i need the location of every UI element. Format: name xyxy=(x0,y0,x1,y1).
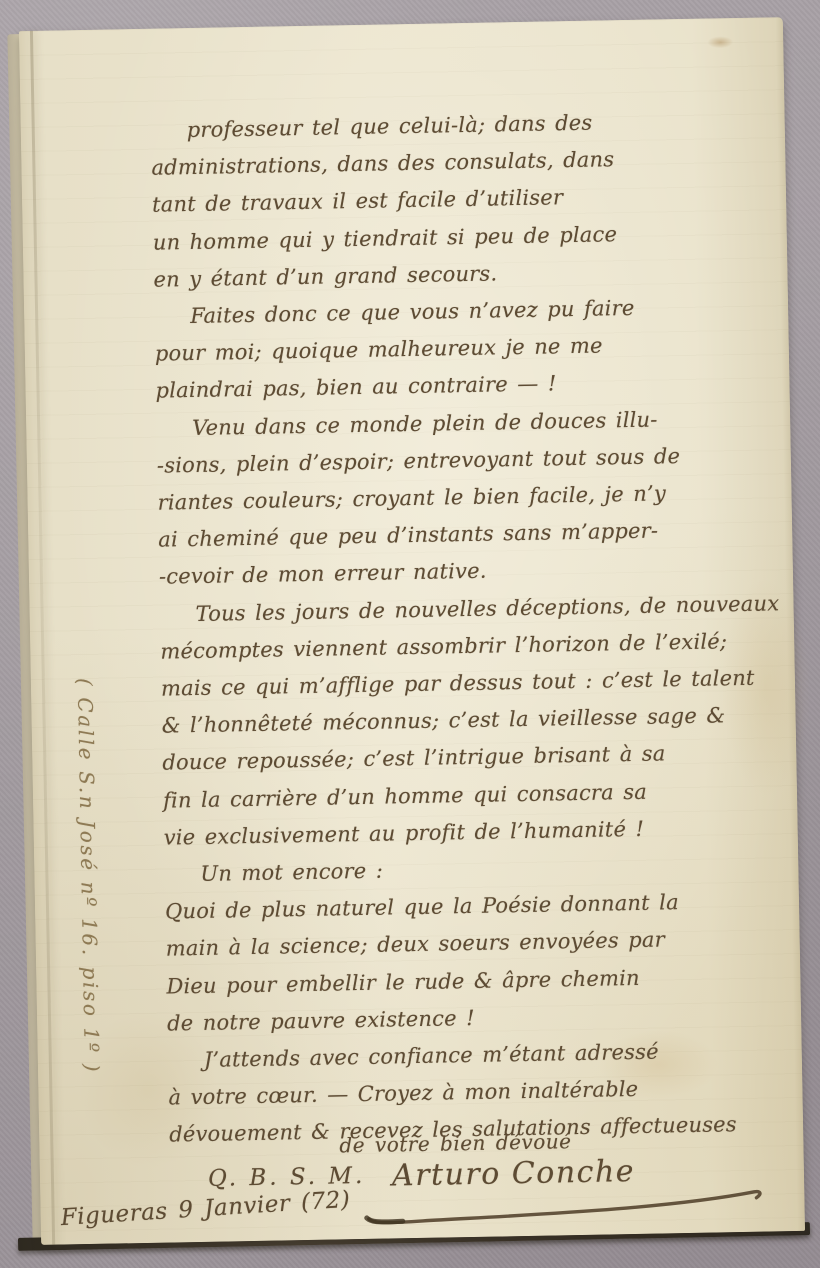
signature: Arturo Conche xyxy=(392,1154,636,1193)
paper-stain xyxy=(707,36,733,48)
margin-note: ( Calle S.n José nº 16. piso 1º ) xyxy=(73,678,104,1075)
closing-devotion-line: de votre bien dévoué xyxy=(339,1129,572,1157)
letter-page: ( Calle S.n José nº 16. piso 1º ) profes… xyxy=(19,17,805,1245)
letter-body: professeur tel que celui-là; dans desadm… xyxy=(150,101,799,1154)
dateline: Figueras 9 Janvier (72) xyxy=(60,1187,351,1231)
photo-background: ( Calle S.n José nº 16. piso 1º ) profes… xyxy=(0,0,820,1268)
signature-flourish xyxy=(362,1186,771,1227)
